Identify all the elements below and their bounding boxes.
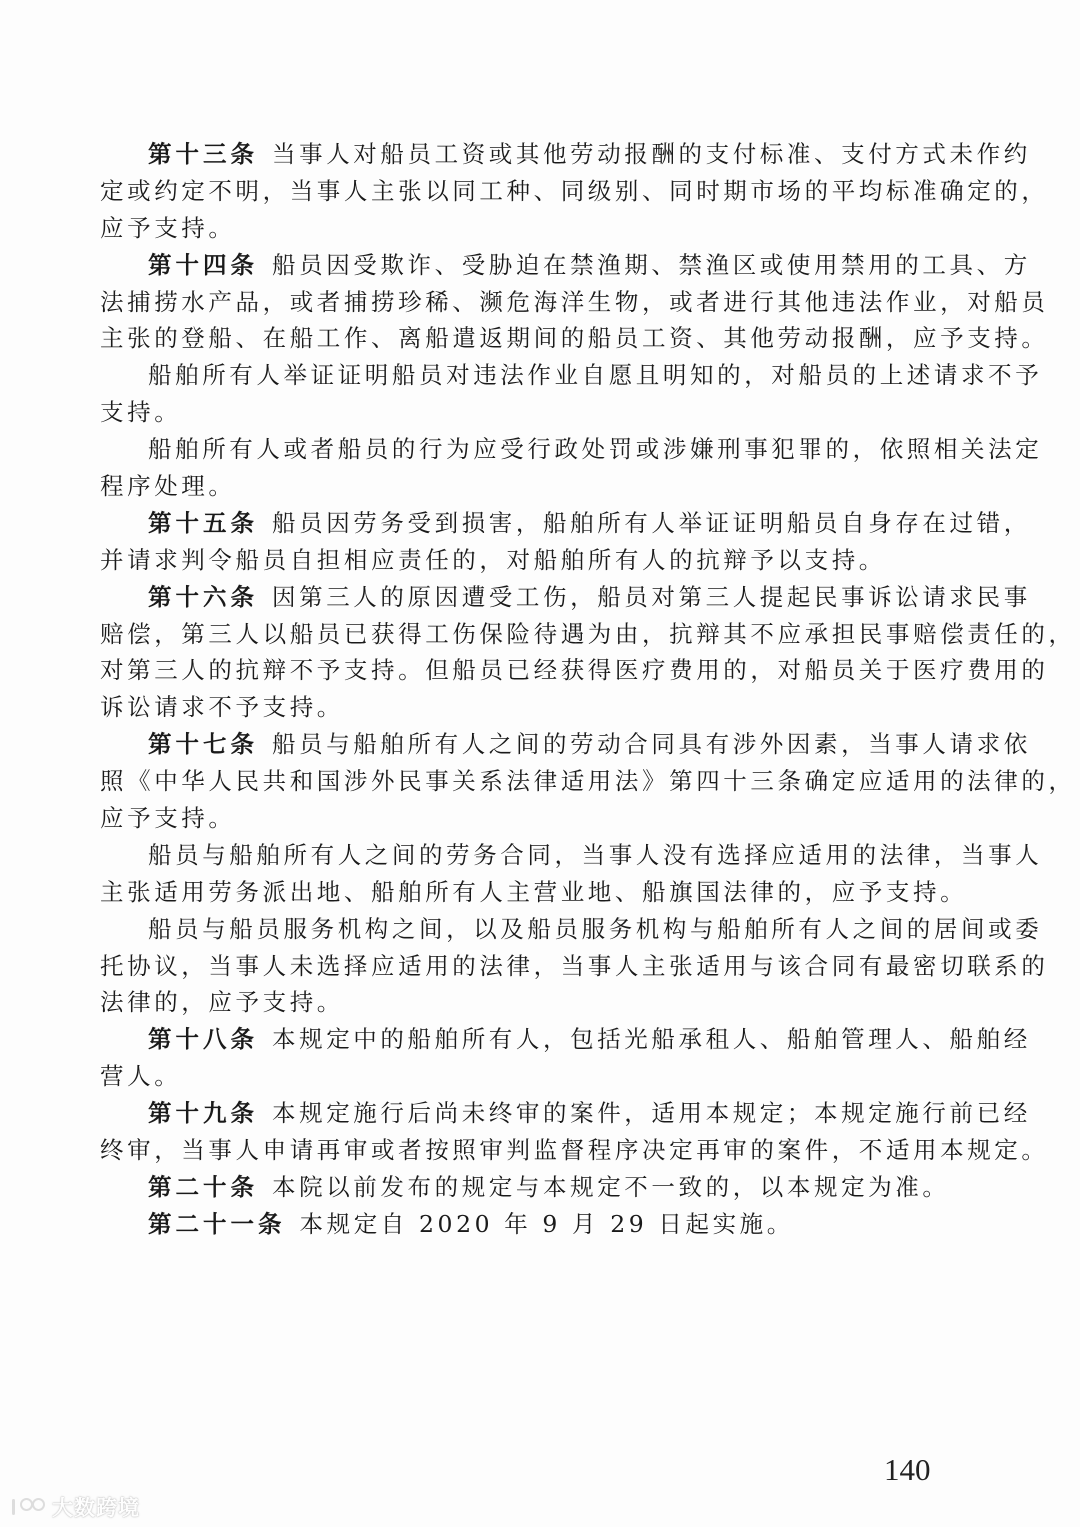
line-text: 船员与船舶所有人之间的劳务合同，当事人没有选择应适用的法律，当事人	[148, 841, 1042, 869]
line-text: 主张适用劳务派出地、船舶所有人主营业地、船旗国法律的，应予支持。	[100, 878, 967, 906]
line-text: 程序处理。	[100, 472, 236, 500]
line-text: 船员与船舶所有人之间的劳动合同具有涉外因素，当事人请求依	[272, 730, 1031, 758]
page-number: 140	[884, 1452, 931, 1488]
text-line: 第十四条船员因受欺诈、受胁迫在禁渔期、禁渔区或使用禁用的工具、方	[100, 247, 982, 284]
text-line: 船员与船舶所有人之间的劳务合同，当事人没有选择应适用的法律，当事人	[100, 837, 982, 874]
text-line: 诉讼请求不予支持。	[100, 689, 982, 726]
watermark-text: 大数跨境	[52, 1492, 140, 1522]
line-text: 本规定自 2020 年 9 月 29 日起实施。	[300, 1210, 794, 1238]
text-line: 第十八条本规定中的船舶所有人，包括光船承租人、船舶管理人、船舶经	[100, 1021, 982, 1058]
text-line: 主张适用劳务派出地、船舶所有人主营业地、船旗国法律的，应予支持。	[100, 874, 982, 911]
line-text: 营人。	[100, 1062, 181, 1090]
text-line: 定或约定不明，当事人主张以同工种、同级别、同时期市场的平均标准确定的，	[100, 173, 982, 210]
line-text: 船员因劳务受到损害，船舶所有人举证证明船员自身存在过错，	[272, 509, 1031, 537]
text-line: 主张的登船、在船工作、离船遣返期间的船员工资、其他劳动报酬，应予支持。	[100, 320, 982, 357]
article-heading: 第十五条	[148, 509, 258, 537]
line-text: 托协议，当事人未选择应适用的法律，当事人主张适用与该合同有最密切联系的	[100, 952, 1049, 980]
article-heading: 第二十一条	[148, 1210, 286, 1238]
line-text: 本院以前发布的规定与本规定不一致的，以本规定为准。	[272, 1173, 950, 1201]
line-text: 因第三人的原因遭受工伤，船员对第三人提起民事诉讼请求民事	[272, 583, 1031, 611]
text-line: 第十六条因第三人的原因遭受工伤，船员对第三人提起民事诉讼请求民事	[100, 579, 982, 616]
line-text: 船员因受欺诈、受胁迫在禁渔期、禁渔区或使用禁用的工具、方	[272, 251, 1031, 279]
text-line: 赔偿，第三人以船员已获得工伤保险待遇为由，抗辩其不应承担民事赔偿责任的，	[100, 616, 982, 653]
watermark: 大数跨境	[8, 1492, 140, 1522]
article-heading: 第十九条	[148, 1099, 258, 1127]
line-text: 船舶所有人举证证明船员对违法作业自愿且明知的，对船员的上述请求不予	[148, 361, 1042, 389]
line-text: 船员与船员服务机构之间，以及船员服务机构与船舶所有人之间的居间或委	[148, 915, 1042, 943]
text-line: 法捕捞水产品，或者捕捞珍稀、濒危海洋生物，或者进行其他违法作业，对船员	[100, 284, 982, 321]
line-text: 本规定中的船舶所有人，包括光船承租人、船舶管理人、船舶经	[272, 1025, 1031, 1053]
line-text: 法律的，应予支持。	[100, 988, 344, 1016]
text-line: 托协议，当事人未选择应适用的法律，当事人主张适用与该合同有最密切联系的	[100, 948, 982, 985]
text-line: 第十三条当事人对船员工资或其他劳动报酬的支付标准、支付方式未作约	[100, 136, 982, 173]
text-line: 第二十一条本规定自 2020 年 9 月 29 日起实施。	[100, 1206, 982, 1243]
line-text: 终审，当事人申请再审或者按照审判监督程序决定再审的案件，不适用本规定。	[100, 1136, 1049, 1164]
text-line: 照《中华人民共和国涉外民事关系法律适用法》第四十三条确定应适用的法律的，	[100, 763, 982, 800]
article-heading: 第十六条	[148, 583, 258, 611]
line-text: 定或约定不明，当事人主张以同工种、同级别、同时期市场的平均标准确定的，	[100, 177, 1049, 205]
line-text: 赔偿，第三人以船员已获得工伤保险待遇为由，抗辩其不应承担民事赔偿责任的，	[100, 620, 1076, 648]
text-line: 船舶所有人举证证明船员对违法作业自愿且明知的，对船员的上述请求不予	[100, 357, 982, 394]
line-text: 诉讼请求不予支持。	[100, 693, 344, 721]
text-line: 终审，当事人申请再审或者按照审判监督程序决定再审的案件，不适用本规定。	[100, 1132, 982, 1169]
article-heading: 第十七条	[148, 730, 258, 758]
line-text: 应予支持。	[100, 804, 236, 832]
document-body: 第十三条当事人对船员工资或其他劳动报酬的支付标准、支付方式未作约定或约定不明，当…	[100, 136, 982, 1243]
text-line: 第二十条本院以前发布的规定与本规定不一致的，以本规定为准。	[100, 1169, 982, 1206]
article-heading: 第十八条	[148, 1025, 258, 1053]
line-text: 应予支持。	[100, 214, 236, 242]
text-line: 支持。	[100, 394, 982, 431]
line-text: 主张的登船、在船工作、离船遣返期间的船员工资、其他劳动报酬，应予支持。	[100, 324, 1049, 352]
text-line: 法律的，应予支持。	[100, 984, 982, 1021]
text-line: 应予支持。	[100, 800, 982, 837]
text-line: 营人。	[100, 1058, 982, 1095]
text-line: 对第三人的抗辩不予支持。但船员已经获得医疗费用的，对船员关于医疗费用的	[100, 652, 982, 689]
line-text: 本规定施行后尚未终审的案件，适用本规定；本规定施行前已经	[272, 1099, 1031, 1127]
line-text: 对第三人的抗辩不予支持。但船员已经获得医疗费用的，对船员关于医疗费用的	[100, 656, 1049, 684]
article-heading: 第二十条	[148, 1173, 258, 1201]
text-line: 第十九条本规定施行后尚未终审的案件，适用本规定；本规定施行前已经	[100, 1095, 982, 1132]
text-line: 第十七条船员与船舶所有人之间的劳动合同具有涉外因素，当事人请求依	[100, 726, 982, 763]
article-heading: 第十三条	[148, 140, 258, 168]
text-line: 应予支持。	[100, 210, 982, 247]
text-line: 船员与船员服务机构之间，以及船员服务机构与船舶所有人之间的居间或委	[100, 911, 982, 948]
article-heading: 第十四条	[148, 251, 258, 279]
text-line: 第十五条船员因劳务受到损害，船舶所有人举证证明船员自身存在过错，	[100, 505, 982, 542]
line-text: 船舶所有人或者船员的行为应受行政处罚或涉嫌刑事犯罪的，依照相关法定	[148, 435, 1042, 463]
document-page: 第十三条当事人对船员工资或其他劳动报酬的支付标准、支付方式未作约定或约定不明，当…	[0, 0, 1080, 1527]
line-text: 照《中华人民共和国涉外民事关系法律适用法》第四十三条确定应适用的法律的，	[100, 767, 1076, 795]
line-text: 并请求判令船员自担相应责任的，对船舶所有人的抗辩予以支持。	[100, 546, 886, 574]
line-text: 法捕捞水产品，或者捕捞珍稀、濒危海洋生物，或者进行其他违法作业，对船员	[100, 288, 1049, 316]
logo-100-icon	[8, 1496, 46, 1518]
text-line: 船舶所有人或者船员的行为应受行政处罚或涉嫌刑事犯罪的，依照相关法定	[100, 431, 982, 468]
line-text: 当事人对船员工资或其他劳动报酬的支付标准、支付方式未作约	[272, 140, 1031, 168]
text-line: 并请求判令船员自担相应责任的，对船舶所有人的抗辩予以支持。	[100, 542, 982, 579]
text-line: 程序处理。	[100, 468, 982, 505]
line-text: 支持。	[100, 398, 181, 426]
